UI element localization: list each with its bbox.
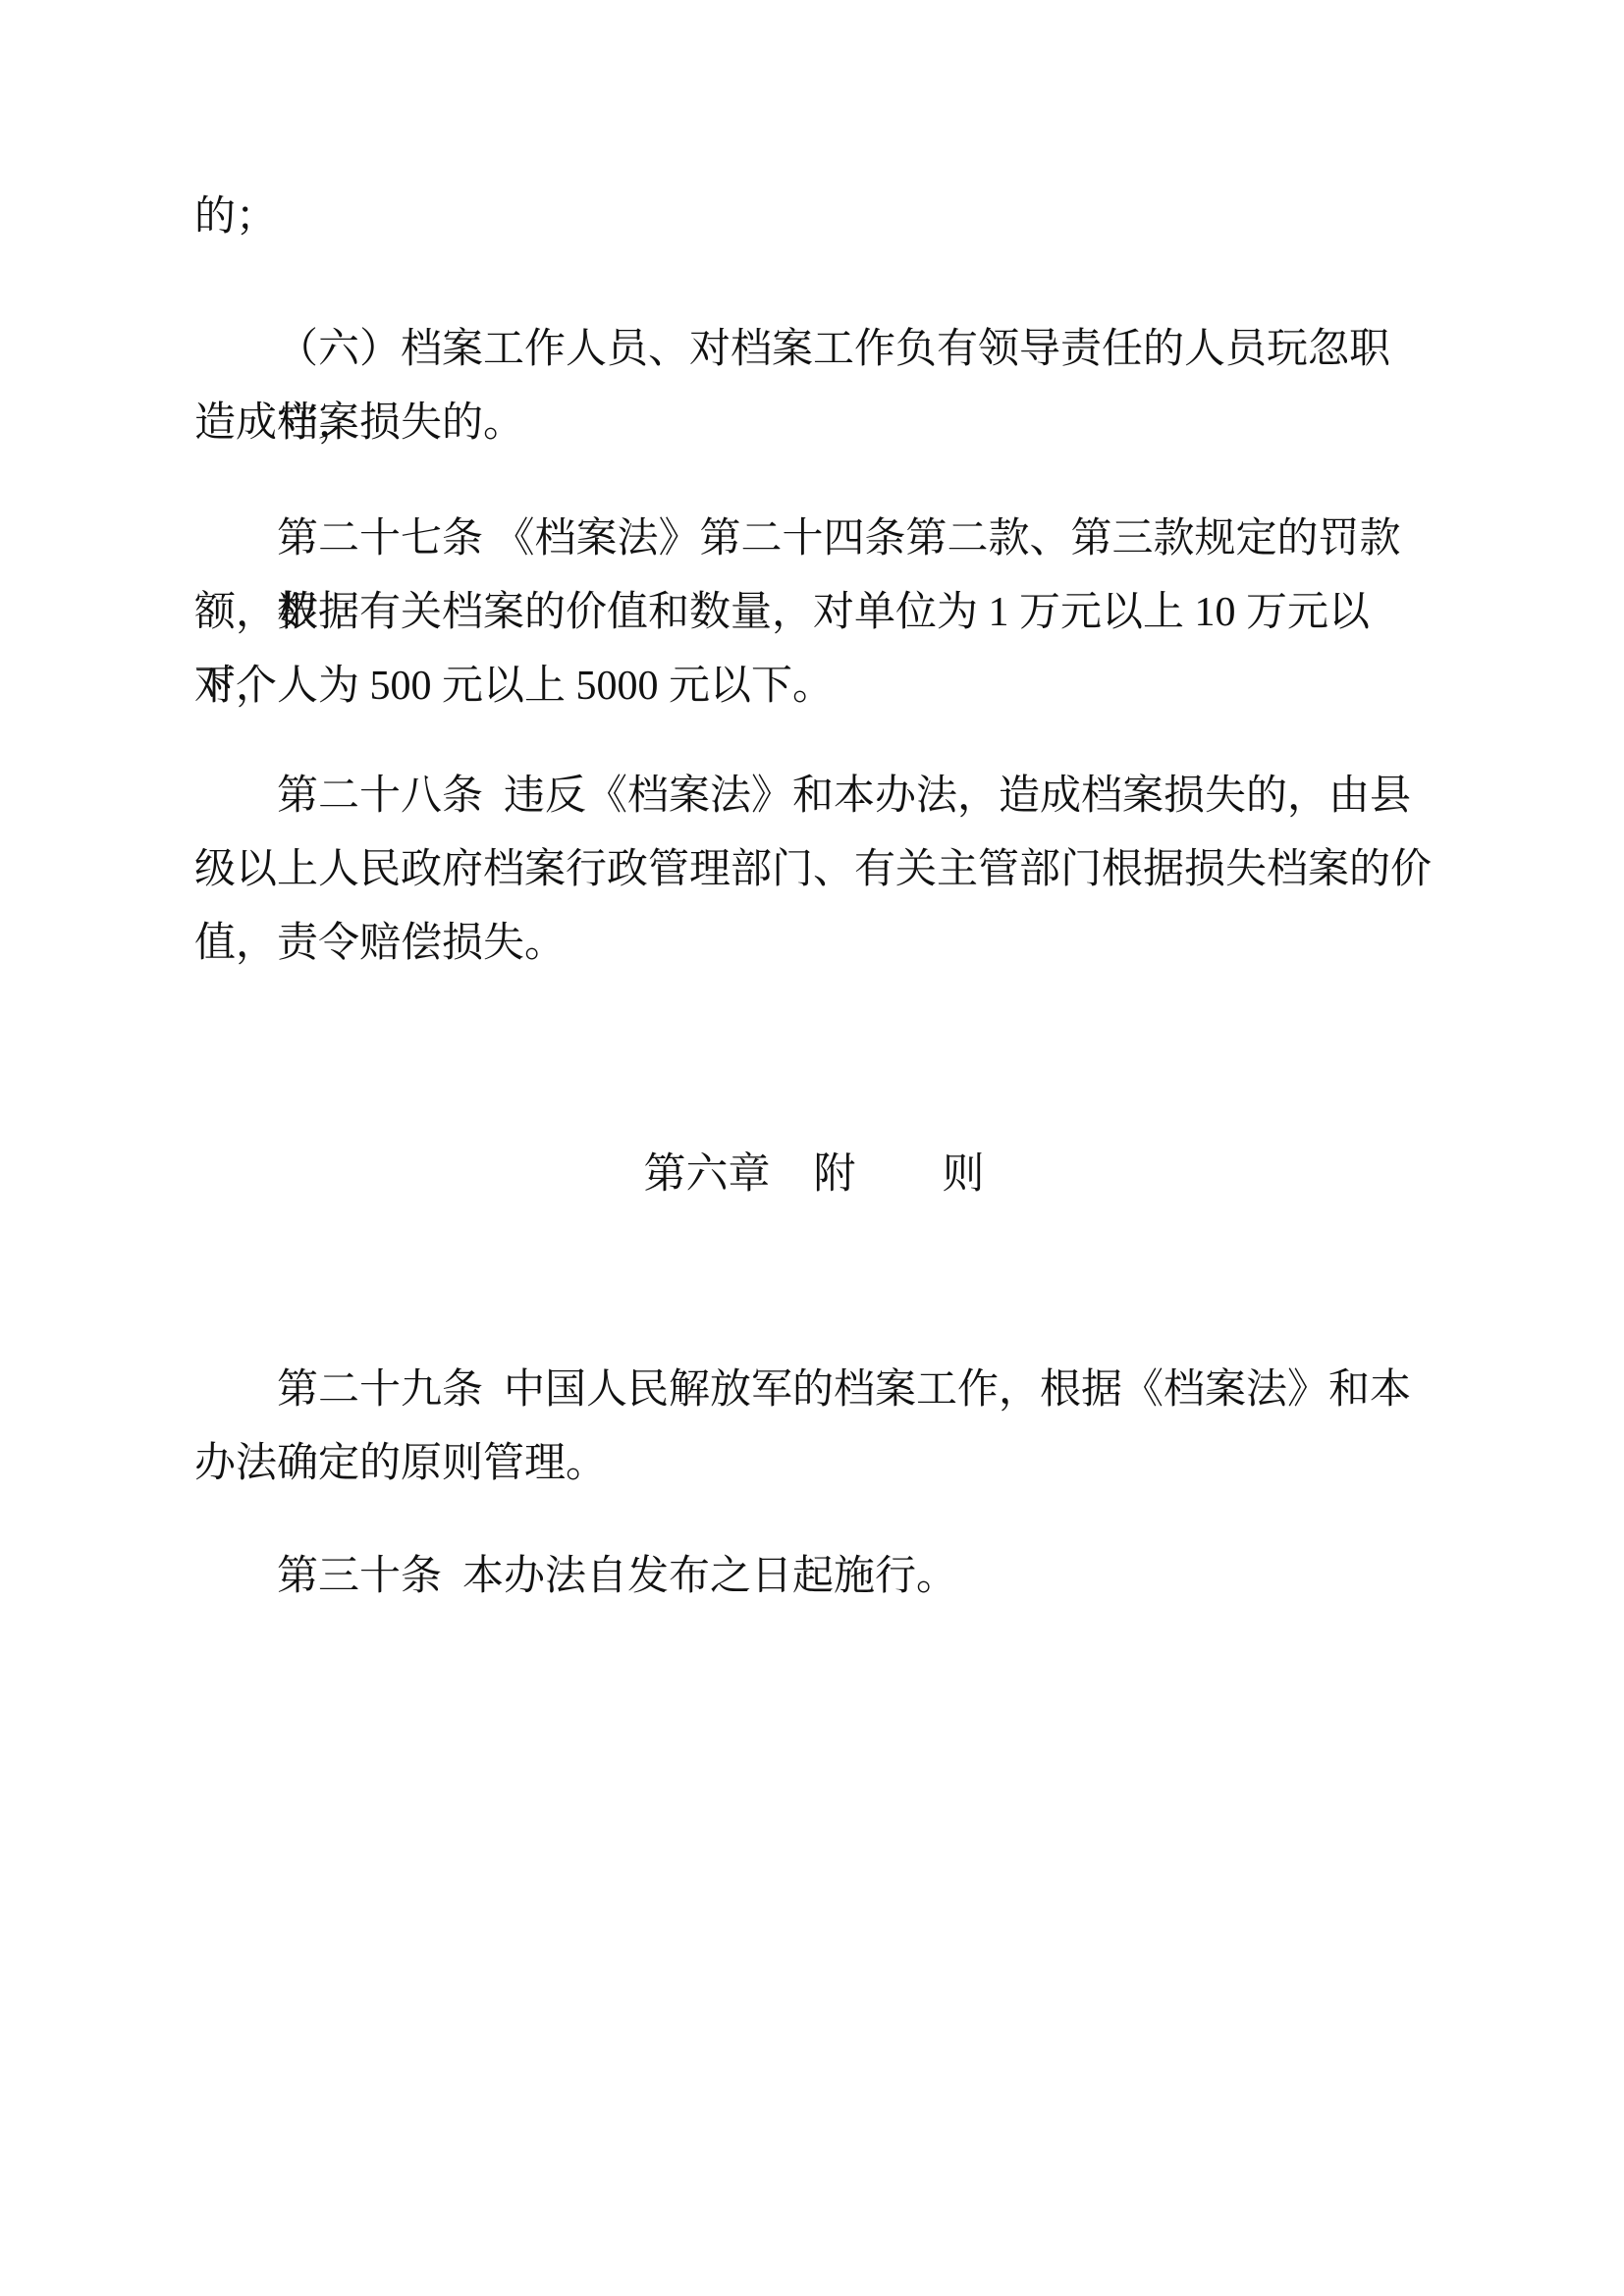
paragraph-item-six: （六）档案工作人员、对档案工作负有领导责任的人员玩忽职守， 造成档案损失的。 <box>194 313 1434 460</box>
paragraph-article-29: 第二十九条 中国人民解放军的档案工作，根据《档案法》和本 办法确定的原则管理。 <box>194 1354 1434 1501</box>
paragraph-article-28: 第二十八条 违反《档案法》和本办法，造成档案损失的，由县 级以上人民政府档案行政… <box>194 760 1434 981</box>
paragraph-line: （六）档案工作人员、对档案工作负有领导责任的人员玩忽职守， <box>194 313 1434 387</box>
chapter-heading: 第六章 附 则 <box>194 1138 1434 1211</box>
paragraph-line: 第二十九条 中国人民解放军的档案工作，根据《档案法》和本 <box>194 1354 1434 1427</box>
document-page: 的； （六）档案工作人员、对档案工作负有领导责任的人员玩忽职守， 造成档案损失的… <box>0 0 1624 2296</box>
paragraph-line: 额，根据有关档案的价值和数量，对单位为 1 万元以上 10 万元以下， <box>194 576 1434 650</box>
paragraph-line: 第三十条 本办法自发布之日起施行。 <box>194 1540 1434 1614</box>
chapter-title-char-2: 则 <box>943 1138 985 1211</box>
paragraph-line: 第二十七条 《档案法》第二十四条第二款、第三款规定的罚款数 <box>194 503 1434 576</box>
paragraph-line: 第二十八条 违反《档案法》和本办法，造成档案损失的，由县 <box>194 760 1434 833</box>
text-column: 的； （六）档案工作人员、对档案工作负有领导责任的人员玩忽职守， 造成档案损失的… <box>194 0 1434 1614</box>
chapter-title-char-1: 附 <box>814 1138 856 1211</box>
paragraph-line: 的； <box>194 181 1434 254</box>
paragraph-line: 办法确定的原则管理。 <box>194 1427 1434 1501</box>
paragraph-line: 级以上人民政府档案行政管理部门、有关主管部门根据损失档案的价 <box>194 833 1434 907</box>
paragraph-line: 值，责令赔偿损失。 <box>194 907 1434 981</box>
paragraph-article-30: 第三十条 本办法自发布之日起施行。 <box>194 1540 1434 1614</box>
paragraph-line: 对个人为 500 元以上 5000 元以下。 <box>194 650 1434 723</box>
paragraph-article-27: 第二十七条 《档案法》第二十四条第二款、第三款规定的罚款数 额，根据有关档案的价… <box>194 503 1434 723</box>
paragraph-continuation: 的； <box>194 181 1434 254</box>
paragraph-line: 造成档案损失的。 <box>194 387 1434 460</box>
chapter-number: 第六章 <box>644 1138 771 1211</box>
